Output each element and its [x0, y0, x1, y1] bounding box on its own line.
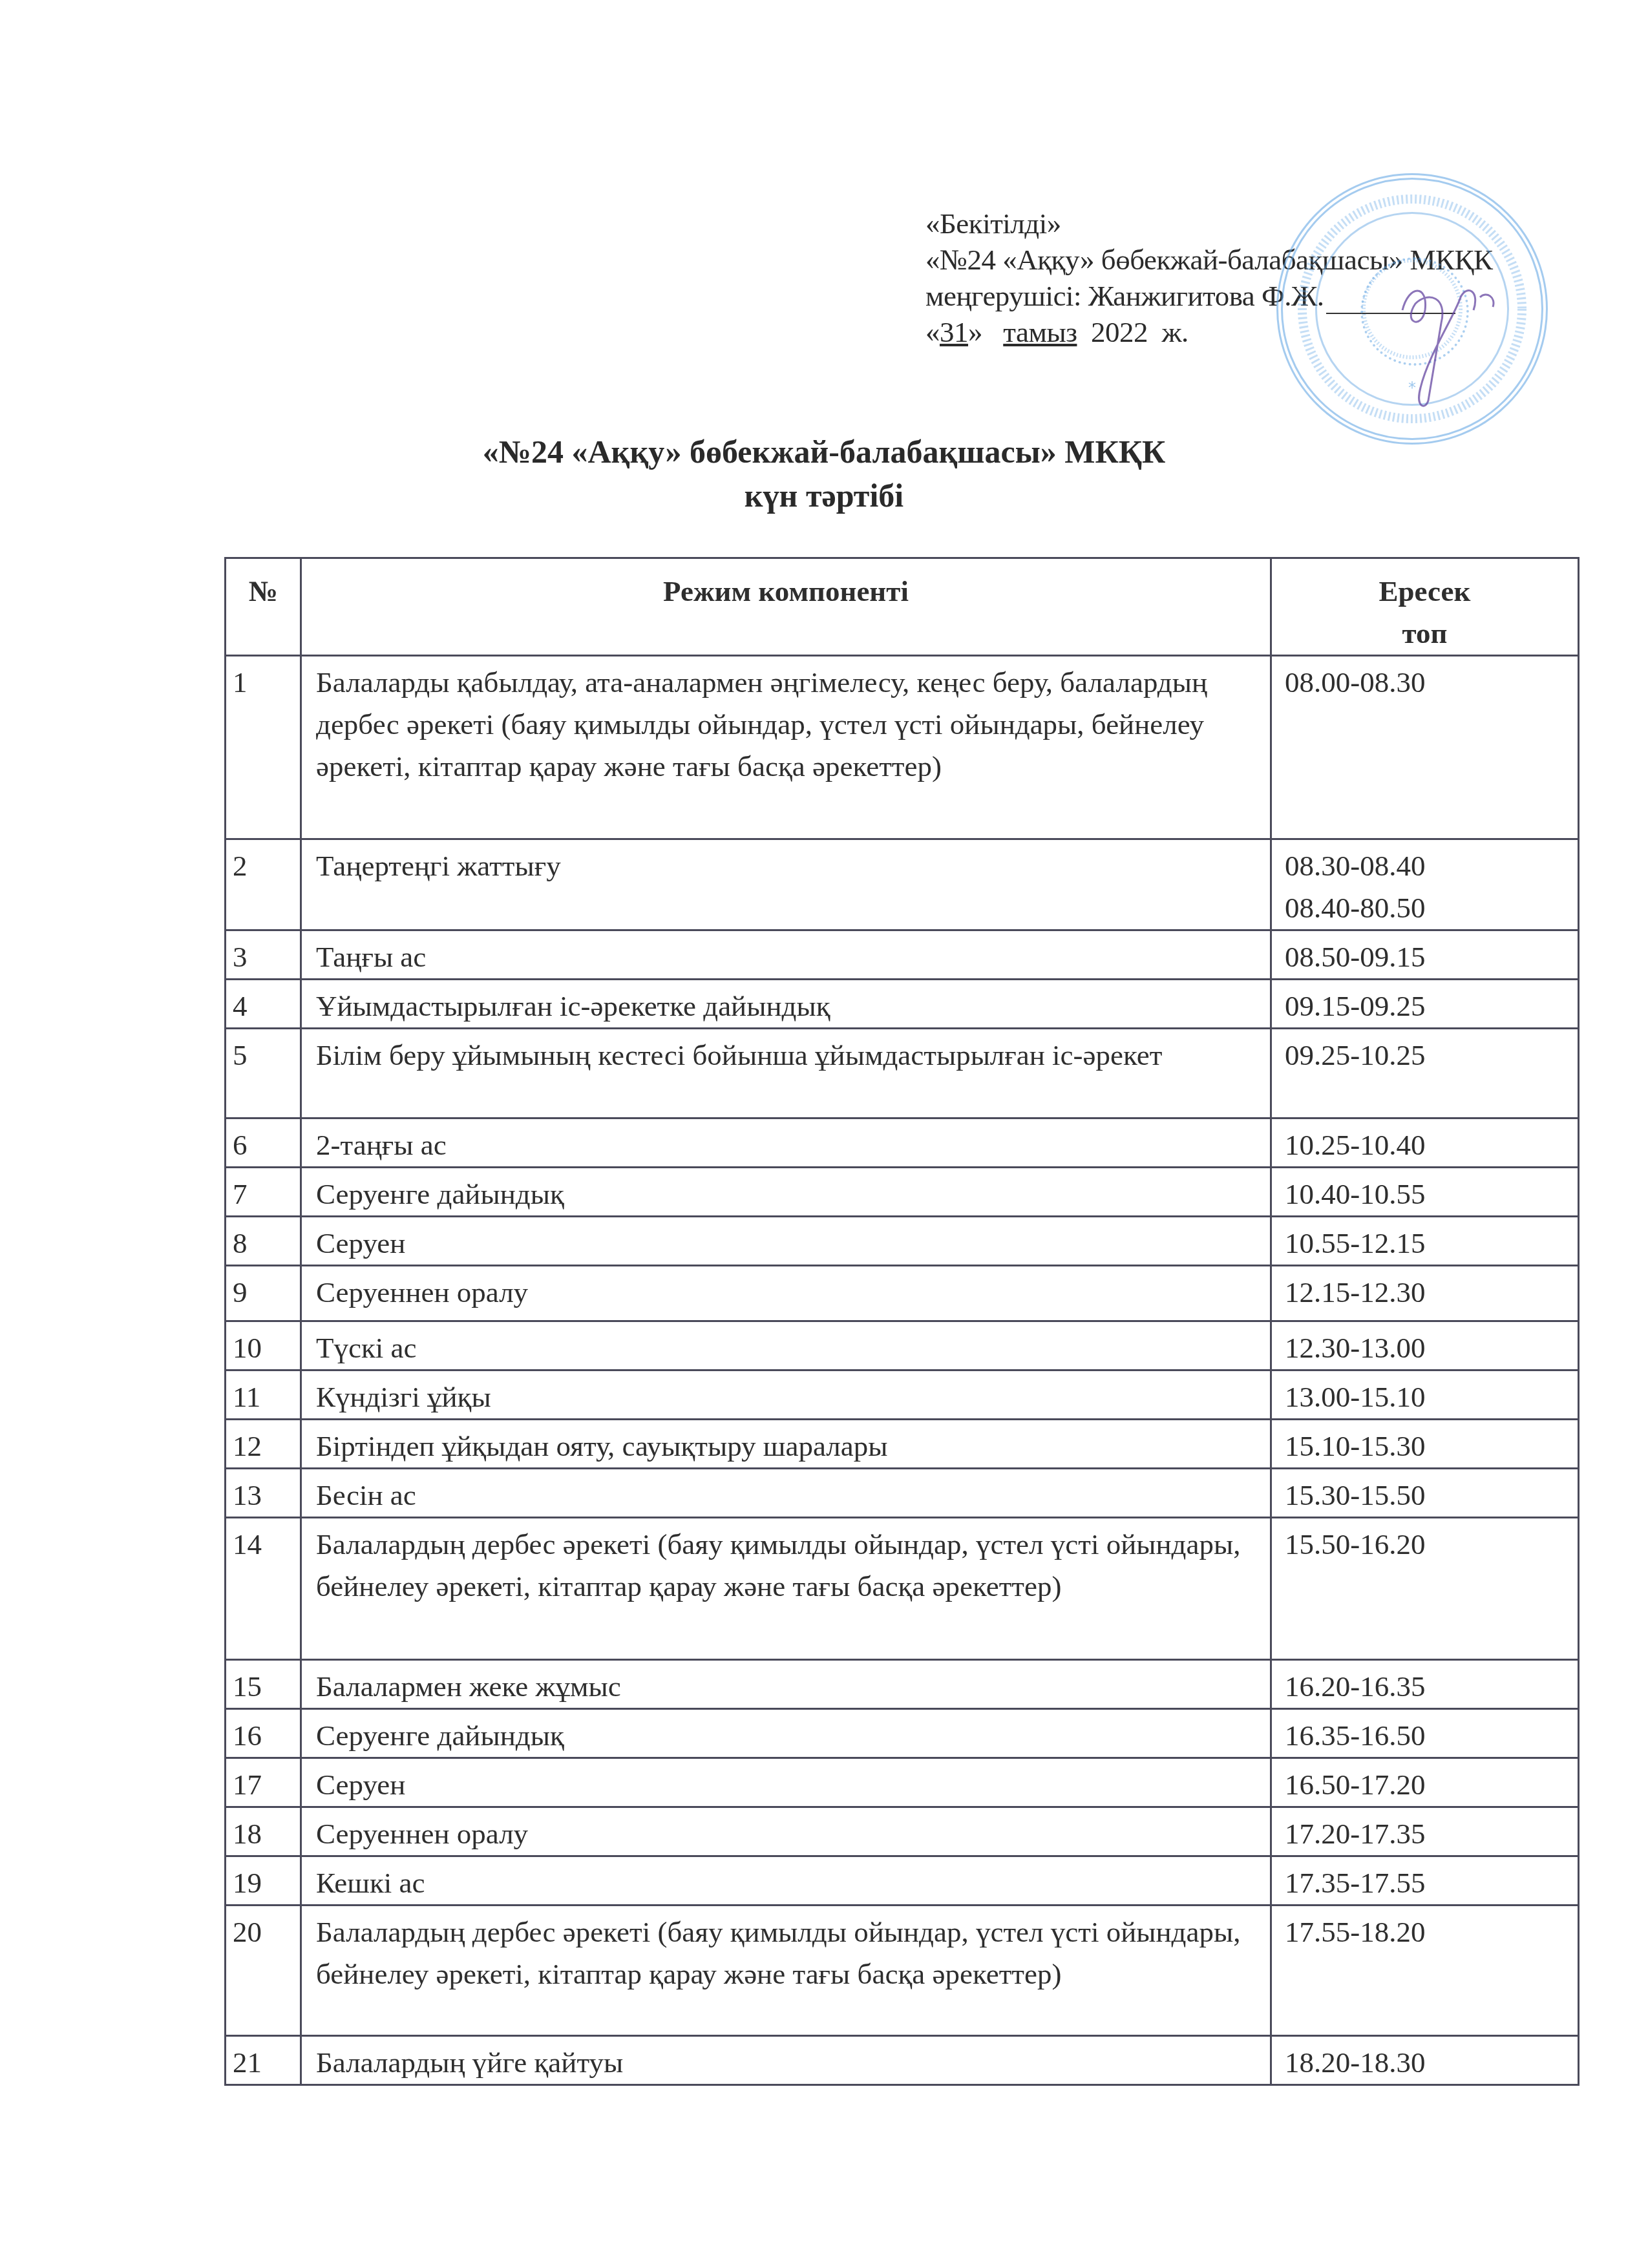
row-time: 15.10-15.30 [1271, 1420, 1579, 1469]
table-row: 15Балалармен жеке жұмыс16.20-16.35 [226, 1660, 1579, 1709]
row-time: 10.55-12.15 [1271, 1217, 1579, 1266]
schedule-table: № Режим компоненті Ересек топ 1Балаларды… [224, 557, 1579, 2086]
signature-icon [1389, 271, 1506, 414]
row-component: Серуенге дайындық [301, 1168, 1271, 1217]
row-number: 12 [226, 1420, 301, 1469]
row-number: 21 [226, 2036, 301, 2085]
time-range: 16.35-16.50 [1285, 1715, 1578, 1757]
row-number: 5 [226, 1029, 301, 1118]
time-range: 18.20-18.30 [1285, 2042, 1578, 2084]
row-component: 2-таңғы ас [301, 1118, 1271, 1168]
table-row: 5Білім беру ұйымының кестесі бойынша ұйы… [226, 1029, 1579, 1118]
approval-date-year: 2022 [1091, 316, 1148, 348]
row-time: 17.55-18.20 [1271, 1906, 1579, 2036]
row-component: Кешкі ас [301, 1856, 1271, 1906]
time-range: 17.35-17.55 [1285, 1862, 1578, 1904]
row-component: Ұйымдастырылған іс-әрекетке дайындық [301, 980, 1271, 1029]
time-range: 08.50-09.15 [1285, 936, 1578, 978]
row-component: Бесін ас [301, 1469, 1271, 1518]
row-component: Серуеннен оралу [301, 1807, 1271, 1856]
row-component: Түскі ас [301, 1321, 1271, 1370]
row-component: Таңғы ас [301, 930, 1271, 980]
table-body: 1Балаларды қабылдау, ата-аналармен әңгім… [226, 656, 1579, 2085]
row-time: 16.35-16.50 [1271, 1709, 1579, 1758]
row-component: Серуенге дайындық [301, 1709, 1271, 1758]
row-number: 6 [226, 1118, 301, 1168]
row-component: Таңертеңгі жаттығу [301, 839, 1271, 930]
table-row: 13Бесін ас15.30-15.50 [226, 1469, 1579, 1518]
time-range: 13.00-15.10 [1285, 1376, 1578, 1418]
row-component: Серуен [301, 1758, 1271, 1807]
time-range: 15.50-16.20 [1285, 1524, 1578, 1566]
row-time: 16.20-16.35 [1271, 1660, 1579, 1709]
table-row: 62-таңғы ас10.25-10.40 [226, 1118, 1579, 1168]
row-number: 11 [226, 1370, 301, 1420]
row-number: 14 [226, 1518, 301, 1660]
row-number: 7 [226, 1168, 301, 1217]
row-time: 09.25-10.25 [1271, 1029, 1579, 1118]
time-range: 17.55-18.20 [1285, 1911, 1578, 1953]
time-range: 12.30-13.00 [1285, 1327, 1578, 1369]
row-time: 18.20-18.30 [1271, 2036, 1579, 2085]
row-time: 10.40-10.55 [1271, 1168, 1579, 1217]
row-time: 16.50-17.20 [1271, 1758, 1579, 1807]
time-range: 17.20-17.35 [1285, 1813, 1578, 1855]
row-number: 2 [226, 839, 301, 930]
row-component: Балалармен жеке жұмыс [301, 1660, 1271, 1709]
table-row: 19Кешкі ас17.35-17.55 [226, 1856, 1579, 1906]
row-time: 09.15-09.25 [1271, 980, 1579, 1029]
document-subtitle: күн тәртібі [0, 477, 1648, 514]
time-range: 15.30-15.50 [1285, 1475, 1578, 1517]
row-time: 12.15-12.30 [1271, 1266, 1579, 1321]
row-component: Білім беру ұйымының кестесі бойынша ұйым… [301, 1029, 1271, 1118]
row-time: 10.25-10.40 [1271, 1118, 1579, 1168]
header-group: Ересек топ [1271, 558, 1579, 656]
time-range: 09.25-10.25 [1285, 1034, 1578, 1076]
time-range: 08.30-08.40 [1285, 845, 1578, 887]
header-group-line2: топ [1272, 613, 1578, 655]
row-component: Серуеннен оралу [301, 1266, 1271, 1321]
table-header-row: № Режим компоненті Ересек топ [226, 558, 1579, 656]
time-range: 10.40-10.55 [1285, 1173, 1578, 1215]
row-component: Біртіндеп ұйқыдан ояту, сауықтыру шарала… [301, 1420, 1271, 1469]
row-time: 08.00-08.30 [1271, 656, 1579, 839]
header-component: Режим компоненті [301, 558, 1271, 656]
row-number: 8 [226, 1217, 301, 1266]
time-range: 15.10-15.30 [1285, 1425, 1578, 1467]
document-title: «№24 «Аққу» бөбекжай-балабақшасы» МКҚК [0, 433, 1648, 470]
row-component: Серуен [301, 1217, 1271, 1266]
row-number: 1 [226, 656, 301, 839]
row-time: 15.50-16.20 [1271, 1518, 1579, 1660]
approval-head-name: меңгерушісі: Жанжигитова Ф.Ж. [925, 280, 1324, 312]
table-row: 11Күндізгі ұйқы13.00-15.10 [226, 1370, 1579, 1420]
row-time: 08.50-09.15 [1271, 930, 1579, 980]
row-number: 10 [226, 1321, 301, 1370]
row-number: 15 [226, 1660, 301, 1709]
approval-date-suffix: ж. [1161, 316, 1188, 348]
row-number: 13 [226, 1469, 301, 1518]
row-component: Балалардың үйге қайтуы [301, 2036, 1271, 2085]
time-range: 08.40-80.50 [1285, 887, 1578, 929]
time-range: 10.25-10.40 [1285, 1124, 1578, 1166]
table-row: 20Балалардың дербес әрекеті (баяу қимылд… [226, 1906, 1579, 2036]
table-row: 14Балалардың дербес әрекеті (баяу қимылд… [226, 1518, 1579, 1660]
row-time: 15.30-15.50 [1271, 1469, 1579, 1518]
row-time: 08.30-08.4008.40-80.50 [1271, 839, 1579, 930]
time-range: 10.55-12.15 [1285, 1223, 1578, 1265]
approval-date-month: тамыз [1003, 316, 1077, 348]
row-component: Балаларды қабылдау, ата-аналармен әңгіме… [301, 656, 1271, 839]
time-range: 12.15-12.30 [1285, 1272, 1578, 1314]
row-number: 19 [226, 1856, 301, 1906]
row-number: 3 [226, 930, 301, 980]
table-row: 9Серуеннен оралу12.15-12.30 [226, 1266, 1579, 1321]
time-range: 08.00-08.30 [1285, 662, 1578, 704]
table-row: 12Біртіндеп ұйқыдан ояту, сауықтыру шара… [226, 1420, 1579, 1469]
table-row: 10Түскі ас12.30-13.00 [226, 1321, 1579, 1370]
table-row: 17Серуен16.50-17.20 [226, 1758, 1579, 1807]
row-component: Балалардың дербес әрекеті (баяу қимылды … [301, 1518, 1271, 1660]
row-number: 20 [226, 1906, 301, 2036]
row-component: Балалардың дербес әрекеті (баяу қимылды … [301, 1906, 1271, 2036]
row-time: 17.20-17.35 [1271, 1807, 1579, 1856]
approval-date-day: 31 [940, 316, 968, 348]
time-range: 16.50-17.20 [1285, 1764, 1578, 1806]
row-time: 17.35-17.55 [1271, 1856, 1579, 1906]
row-number: 16 [226, 1709, 301, 1758]
table-row: 2Таңертеңгі жаттығу08.30-08.4008.40-80.5… [226, 839, 1579, 930]
row-time: 12.30-13.00 [1271, 1321, 1579, 1370]
row-number: 17 [226, 1758, 301, 1807]
table-row: 1Балаларды қабылдау, ата-аналармен әңгім… [226, 656, 1579, 839]
header-group-line1: Ересек [1272, 571, 1578, 613]
time-range: 09.15-09.25 [1285, 985, 1578, 1027]
table-row: 16Серуенге дайындық16.35-16.50 [226, 1709, 1579, 1758]
table-row: 4Ұйымдастырылған іс-әрекетке дайындық09.… [226, 980, 1579, 1029]
table-row: 7Серуенге дайындық10.40-10.55 [226, 1168, 1579, 1217]
table-row: 21Балалардың үйге қайтуы18.20-18.30 [226, 2036, 1579, 2085]
row-time: 13.00-15.10 [1271, 1370, 1579, 1420]
row-number: 9 [226, 1266, 301, 1321]
table-row: 8Серуен10.55-12.15 [226, 1217, 1579, 1266]
header-number: № [226, 558, 301, 656]
row-number: 4 [226, 980, 301, 1029]
time-range: 16.20-16.35 [1285, 1666, 1578, 1708]
table-row: 3Таңғы ас08.50-09.15 [226, 930, 1579, 980]
table-row: 18Серуеннен оралу17.20-17.35 [226, 1807, 1579, 1856]
row-component: Күндізгі ұйқы [301, 1370, 1271, 1420]
row-number: 18 [226, 1807, 301, 1856]
